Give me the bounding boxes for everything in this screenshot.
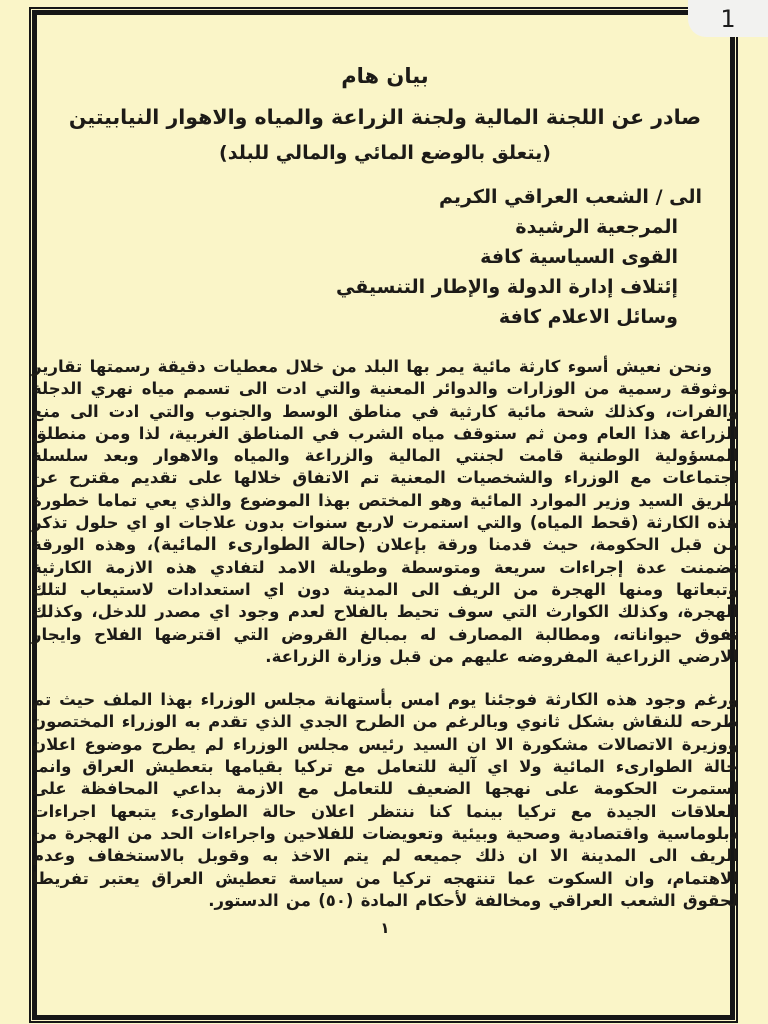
paragraph-1-text: ونحن نعيش أسوء كارثة مائية يمر بها البلد… <box>32 357 738 554</box>
page-number-badge-value: 1 <box>720 5 735 33</box>
paragraph-1-text: ، وهذه الورقة تضمنت عدة إجراءات سريعة وم… <box>32 535 738 665</box>
document-subject-line: (يتعلق بالوضع المائي والمالي للبلد) <box>32 142 738 164</box>
document-title: بيان هام <box>32 64 738 88</box>
footer-page-number: ١ <box>32 919 738 937</box>
page-number-badge: 1 <box>688 0 768 37</box>
addressee-item: وسائل الاعلام كافة <box>32 302 702 332</box>
addressee-list: الى / الشعب العراقي الكريم المرجعية الرش… <box>32 182 738 332</box>
document-subtitle: صادر عن اللجنة المالية ولجنة الزراعة وال… <box>32 105 738 129</box>
document-page: بيان هام صادر عن اللجنة المالية ولجنة ال… <box>0 0 768 1024</box>
addressee-item: إئتلاف إدارة الدولة والإطار التنسيقي <box>32 272 702 302</box>
body-paragraph-1: ونحن نعيش أسوء كارثة مائية يمر بها البلد… <box>32 356 738 668</box>
addressee-item: القوى السياسية كافة <box>32 242 702 272</box>
paragraph-1-emphasis: (حالة الطوارىء المائية) <box>153 535 366 555</box>
addressee-item: المرجعية الرشيدة <box>32 212 702 242</box>
body-paragraph-2: ورغم وجود هذه الكارثة فوجئنا يوم امس بأس… <box>32 689 738 912</box>
addressee-item: الى / الشعب العراقي الكريم <box>32 182 702 212</box>
